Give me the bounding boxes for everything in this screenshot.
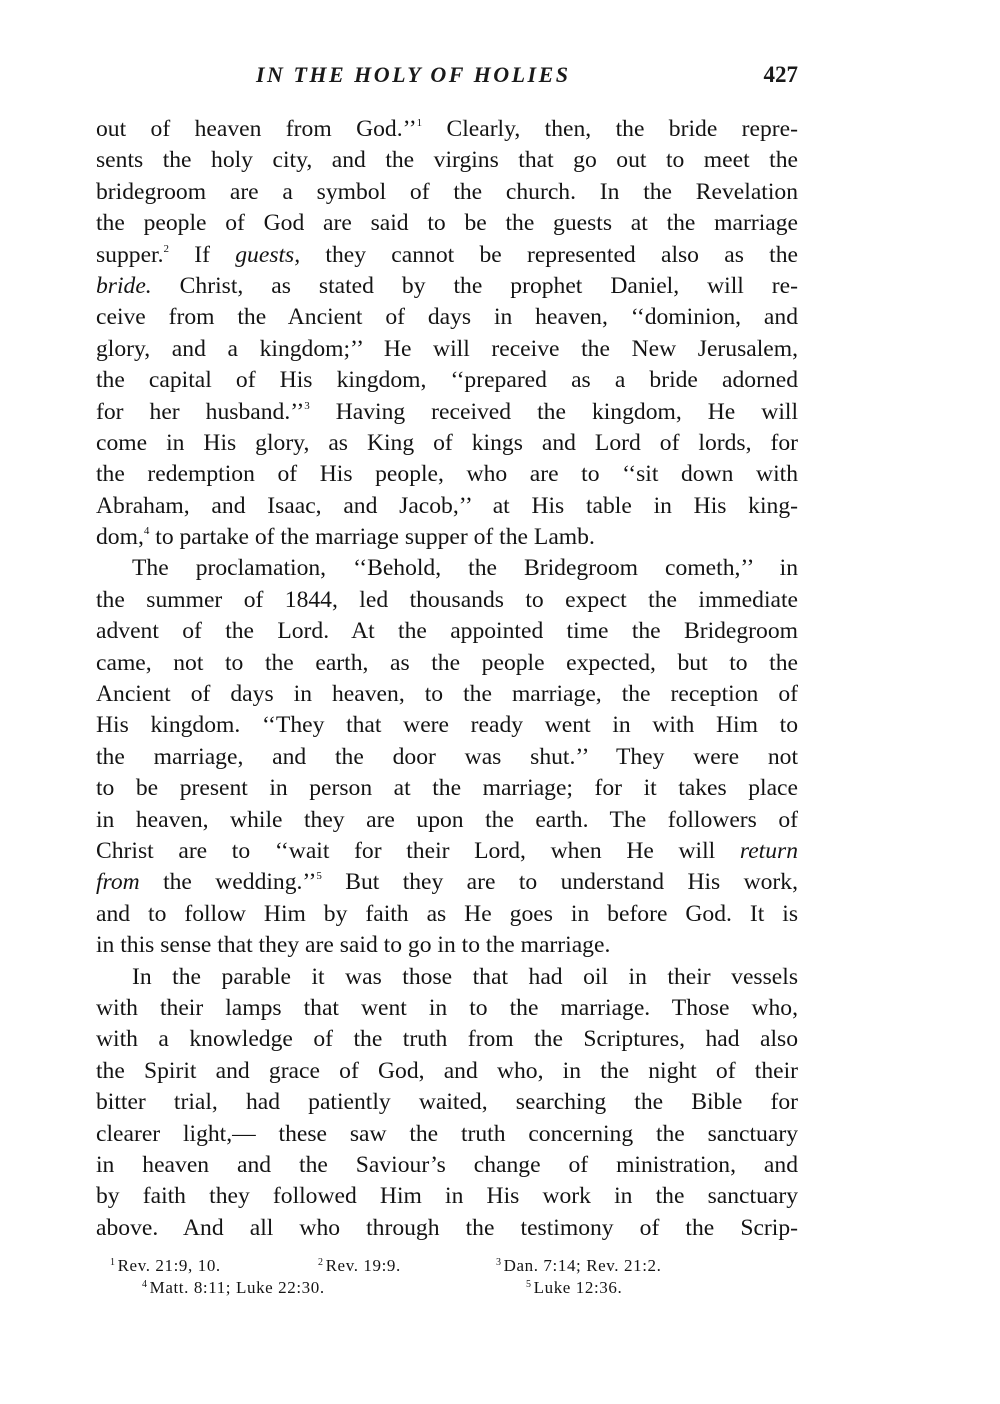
footnote: 2Rev. 19:9.: [318, 1256, 401, 1276]
text-line: with their lamps that went in to the mar…: [96, 993, 798, 1024]
body-text: out of heaven from God.’’1 Clearly, then…: [96, 114, 798, 1244]
text-line: come in His glory, as King of kings and …: [96, 428, 798, 459]
text-line: Christ are to ‘‘wait for their Lord, whe…: [96, 836, 798, 867]
text-line: the people of God are said to be the gue…: [96, 208, 798, 239]
text-line: ceive from the Ancient of days in heaven…: [96, 302, 798, 333]
emphasis: from: [96, 869, 140, 895]
text-line: with a knowledge of the truth from the S…: [96, 1024, 798, 1055]
text-line: above. And all who through the testimony…: [96, 1213, 798, 1244]
running-title: IN THE HOLY OF HOLIES: [256, 62, 571, 88]
footnote-row: 1Rev. 21:9, 10. 2Rev. 19:9. 3Dan. 7:14; …: [96, 1256, 798, 1278]
text-line: out of heaven from God.’’1 Clearly, then…: [96, 114, 798, 145]
text-line: clearer light,— these saw the truth conc…: [96, 1119, 798, 1150]
text-line: the Spirit and grace of God, and who, in…: [96, 1056, 798, 1087]
footnote: 1Rev. 21:9, 10.: [110, 1256, 221, 1276]
emphasis: bride.: [96, 273, 152, 299]
footnote: 4Matt. 8:11; Luke 22:30.: [142, 1278, 325, 1298]
text-line: to be present in person at the marriage;…: [96, 773, 798, 804]
footnote: 3Dan. 7:14; Rev. 21:2.: [496, 1256, 661, 1276]
text-line: by faith they followed Him in His work i…: [96, 1181, 798, 1212]
text-line: came, not to the earth, as the people ex…: [96, 648, 798, 679]
text-line: supper.2 If guests, they cannot be repre…: [96, 240, 798, 271]
text-line: sents the holy city, and the virgins tha…: [96, 145, 798, 176]
text-line: the marriage, and the door was shut.’’ T…: [96, 742, 798, 773]
footnotes: 1Rev. 21:9, 10. 2Rev. 19:9. 3Dan. 7:14; …: [96, 1256, 798, 1300]
text-line: the redemption of His people, who are to…: [96, 459, 798, 490]
book-page: IN THE HOLY OF HOLIES 427 out of heaven …: [0, 0, 1000, 1404]
text-line: bitter trial, had patiently waited, sear…: [96, 1087, 798, 1118]
text-line: in heaven and the Saviour’s change of mi…: [96, 1150, 798, 1181]
text-line: bridegroom are a symbol of the church. I…: [96, 177, 798, 208]
text-line: Abraham, and Isaac, and Jacob,’’ at His …: [96, 491, 798, 522]
text-line: glory, and a kingdom;’’ He will receive …: [96, 334, 798, 365]
emphasis: guests,: [235, 242, 300, 268]
text-line: His kingdom. ‘‘They that were ready went…: [96, 710, 798, 741]
text-line: in heaven, while they are upon the earth…: [96, 805, 798, 836]
page-number: 427: [764, 62, 799, 88]
text-line: for her husband.’’3 Having received the …: [96, 397, 798, 428]
text-line: in this sense that they are said to go i…: [96, 930, 798, 961]
text-line: The proclamation, ‘‘Behold, the Bridegro…: [96, 553, 798, 584]
text-line: advent of the Lord. At the appointed tim…: [96, 616, 798, 647]
emphasis: return: [740, 838, 798, 864]
running-header: IN THE HOLY OF HOLIES 427: [96, 62, 798, 98]
footnote: 5Luke 12:36.: [526, 1278, 622, 1298]
text-line: from the wedding.’’5 But they are to und…: [96, 867, 798, 898]
text-line: and to follow Him by faith as He goes in…: [96, 899, 798, 930]
text-line: Ancient of days in heaven, to the marria…: [96, 679, 798, 710]
text-line: the capital of His kingdom, ‘‘prepared a…: [96, 365, 798, 396]
text-line: dom,4 to partake of the marriage supper …: [96, 522, 798, 553]
footnote-row: 4Matt. 8:11; Luke 22:30. 5Luke 12:36.: [96, 1278, 798, 1300]
text-line: the summer of 1844, led thousands to exp…: [96, 585, 798, 616]
text-line: bride. Christ, as stated by the prophet …: [96, 271, 798, 302]
text-line: In the parable it was those that had oil…: [96, 962, 798, 993]
